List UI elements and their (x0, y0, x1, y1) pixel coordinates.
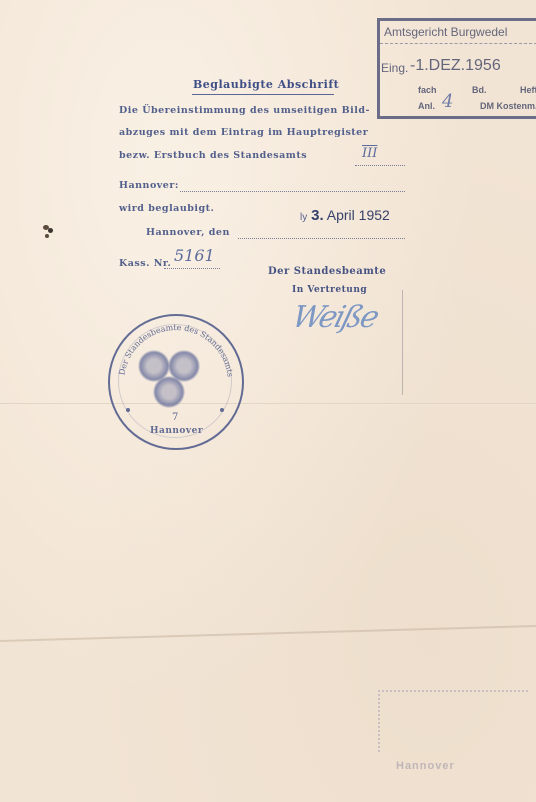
date-prefix: ly (300, 212, 307, 223)
fill-line (164, 268, 220, 269)
anl-label: Anl. (418, 101, 435, 111)
document-title: Beglaubigte Abschrift (193, 78, 339, 91)
signature-title: Der Standesbeamte (268, 266, 386, 277)
fill-line (180, 191, 405, 192)
costs-label: DM Kostenm. (480, 101, 536, 111)
date-day: 3. (311, 207, 324, 224)
fill-line (355, 165, 405, 166)
fold-line (402, 290, 403, 395)
standesamt-number: III (362, 146, 377, 161)
receipt-stamp: Amtsgericht Burgwedel Eing. -1.DEZ.1956 … (377, 18, 536, 119)
clover-leaf-icon (153, 376, 185, 408)
seal-city: Hannover (150, 426, 203, 436)
fach-label: fach (418, 85, 437, 95)
date-month-year: April 1952 (327, 207, 390, 223)
signature: Weiße (288, 300, 381, 335)
body-line-2: abzuges mit dem Eintrag im Hauptregister (119, 127, 368, 138)
place-date-label: Hannover, den (146, 227, 230, 238)
fold-line (0, 403, 536, 405)
received-date: -1.DEZ.1956 (410, 57, 501, 75)
bd-label: Bd. (472, 85, 487, 95)
cash-number: 5161 (174, 246, 215, 265)
court-name: Amtsgericht Burgwedel (384, 25, 507, 39)
anl-value: 4 (442, 91, 453, 112)
faded-stamp: Hannover (378, 690, 528, 780)
date-stamp: ly 3. April 1952 (300, 207, 390, 224)
title-underline (192, 94, 334, 95)
certified-label: wird beglaubigt. (119, 203, 214, 214)
heft-label: Heft (520, 85, 536, 95)
body-line-3: bezw. Erstbuch des Standesamts (119, 150, 307, 161)
signature-subtitle: In Vertretung (292, 285, 367, 295)
city-label: Hannover: (119, 180, 179, 191)
fill-line (238, 238, 405, 239)
body-line-1: Die Übereinstimmung des umseitigen Bild- (119, 105, 370, 116)
official-seal: Der Standesbeamte des Standesamts 7 Hann… (108, 314, 244, 450)
document-paper (0, 0, 536, 802)
seal-number: 7 (172, 412, 178, 423)
received-label: Eing. (381, 61, 408, 75)
ink-spot (40, 222, 54, 240)
faded-stamp-text: Hannover (396, 760, 455, 772)
